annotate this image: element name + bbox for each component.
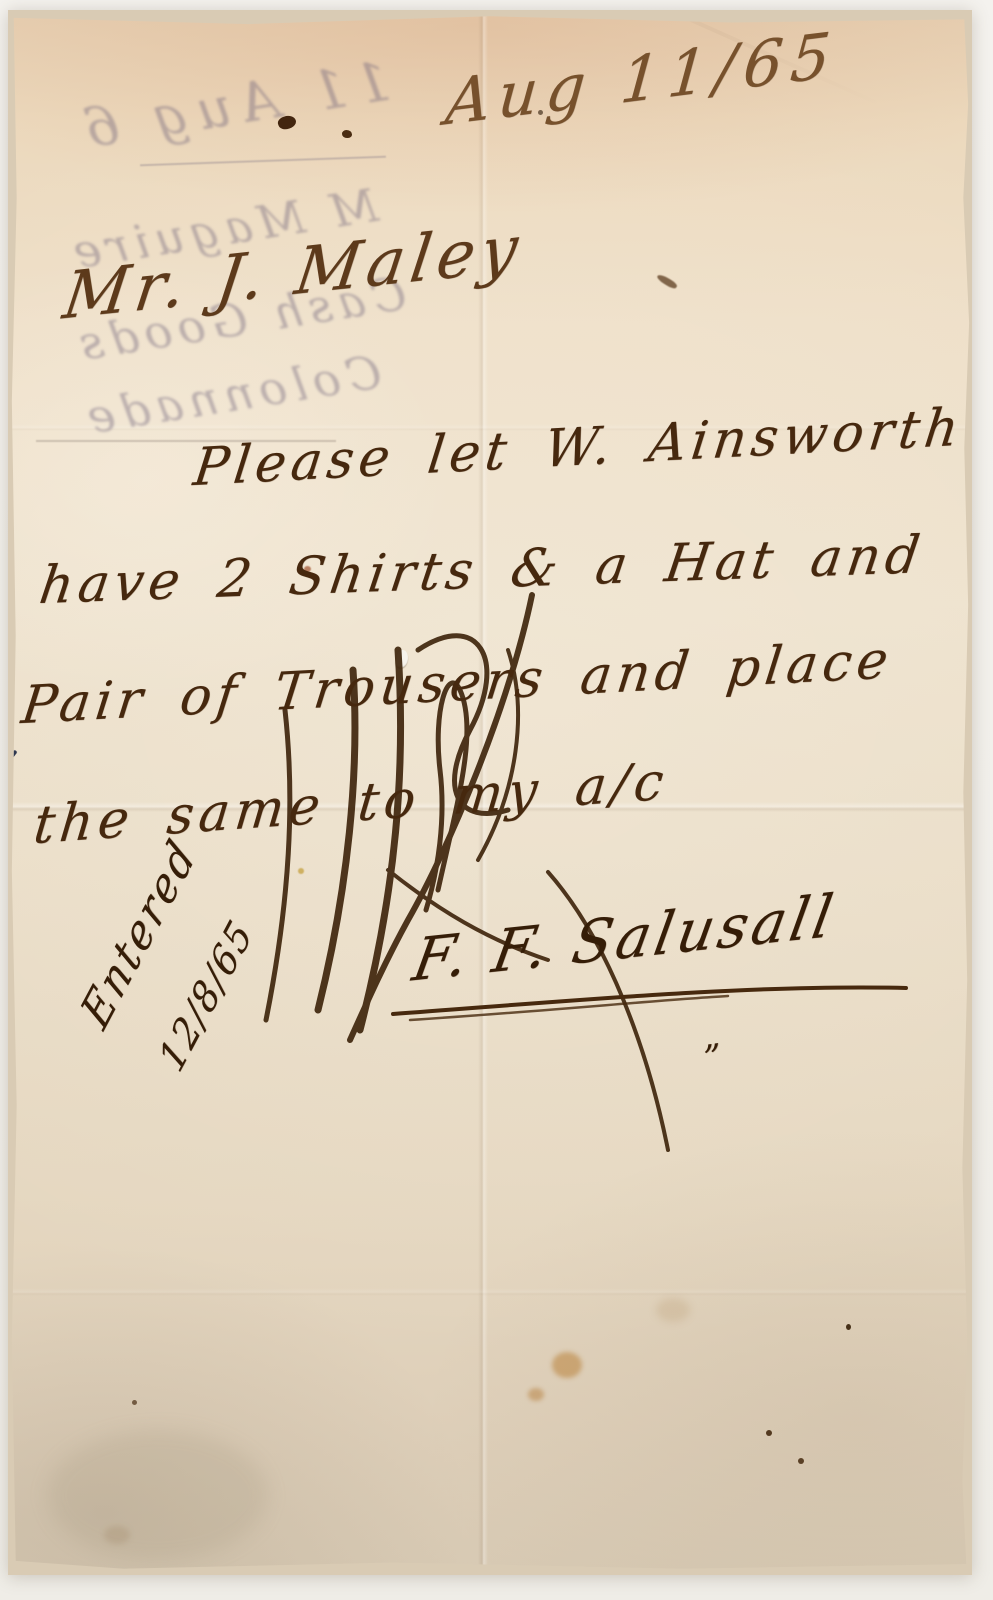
bleedthrough-underline bbox=[140, 156, 386, 167]
foxing-spot bbox=[132, 1400, 137, 1405]
foxing-spot bbox=[104, 1526, 130, 1544]
signature: F. F. Salusall bbox=[408, 881, 842, 995]
ink-smear bbox=[656, 273, 678, 291]
body-line-4: the same to my a/c bbox=[31, 751, 671, 856]
foxing-spot bbox=[846, 1324, 851, 1330]
date-line: Aug 11/65 bbox=[443, 17, 841, 139]
age-stain bbox=[48, 1430, 268, 1560]
bleedthrough-ghost-line: 11 Aug 6 bbox=[71, 50, 395, 162]
foxing-spot bbox=[656, 1298, 690, 1322]
horizontal-fold-crease bbox=[8, 1288, 972, 1296]
foxing-spot bbox=[528, 1388, 544, 1401]
ink-speck bbox=[298, 868, 304, 874]
signature-flourish-mark: „ bbox=[699, 1016, 722, 1058]
foxing-spot bbox=[552, 1352, 582, 1378]
body-line-3: Pair of Trousers and place bbox=[18, 630, 896, 736]
body-line-2: have 2 Shirts & a Hat and bbox=[36, 525, 928, 616]
clerk-entered-date: 12/8/65 bbox=[151, 911, 262, 1080]
ink-blot bbox=[342, 130, 352, 138]
body-line-1: Please let W. Ainsworth bbox=[190, 397, 966, 498]
letter-paper: 11 Aug 6 M Maguire Cash Goods Colonnade bbox=[8, 10, 972, 1575]
foxing-spot bbox=[798, 1458, 804, 1464]
foxing-spot bbox=[766, 1430, 772, 1436]
